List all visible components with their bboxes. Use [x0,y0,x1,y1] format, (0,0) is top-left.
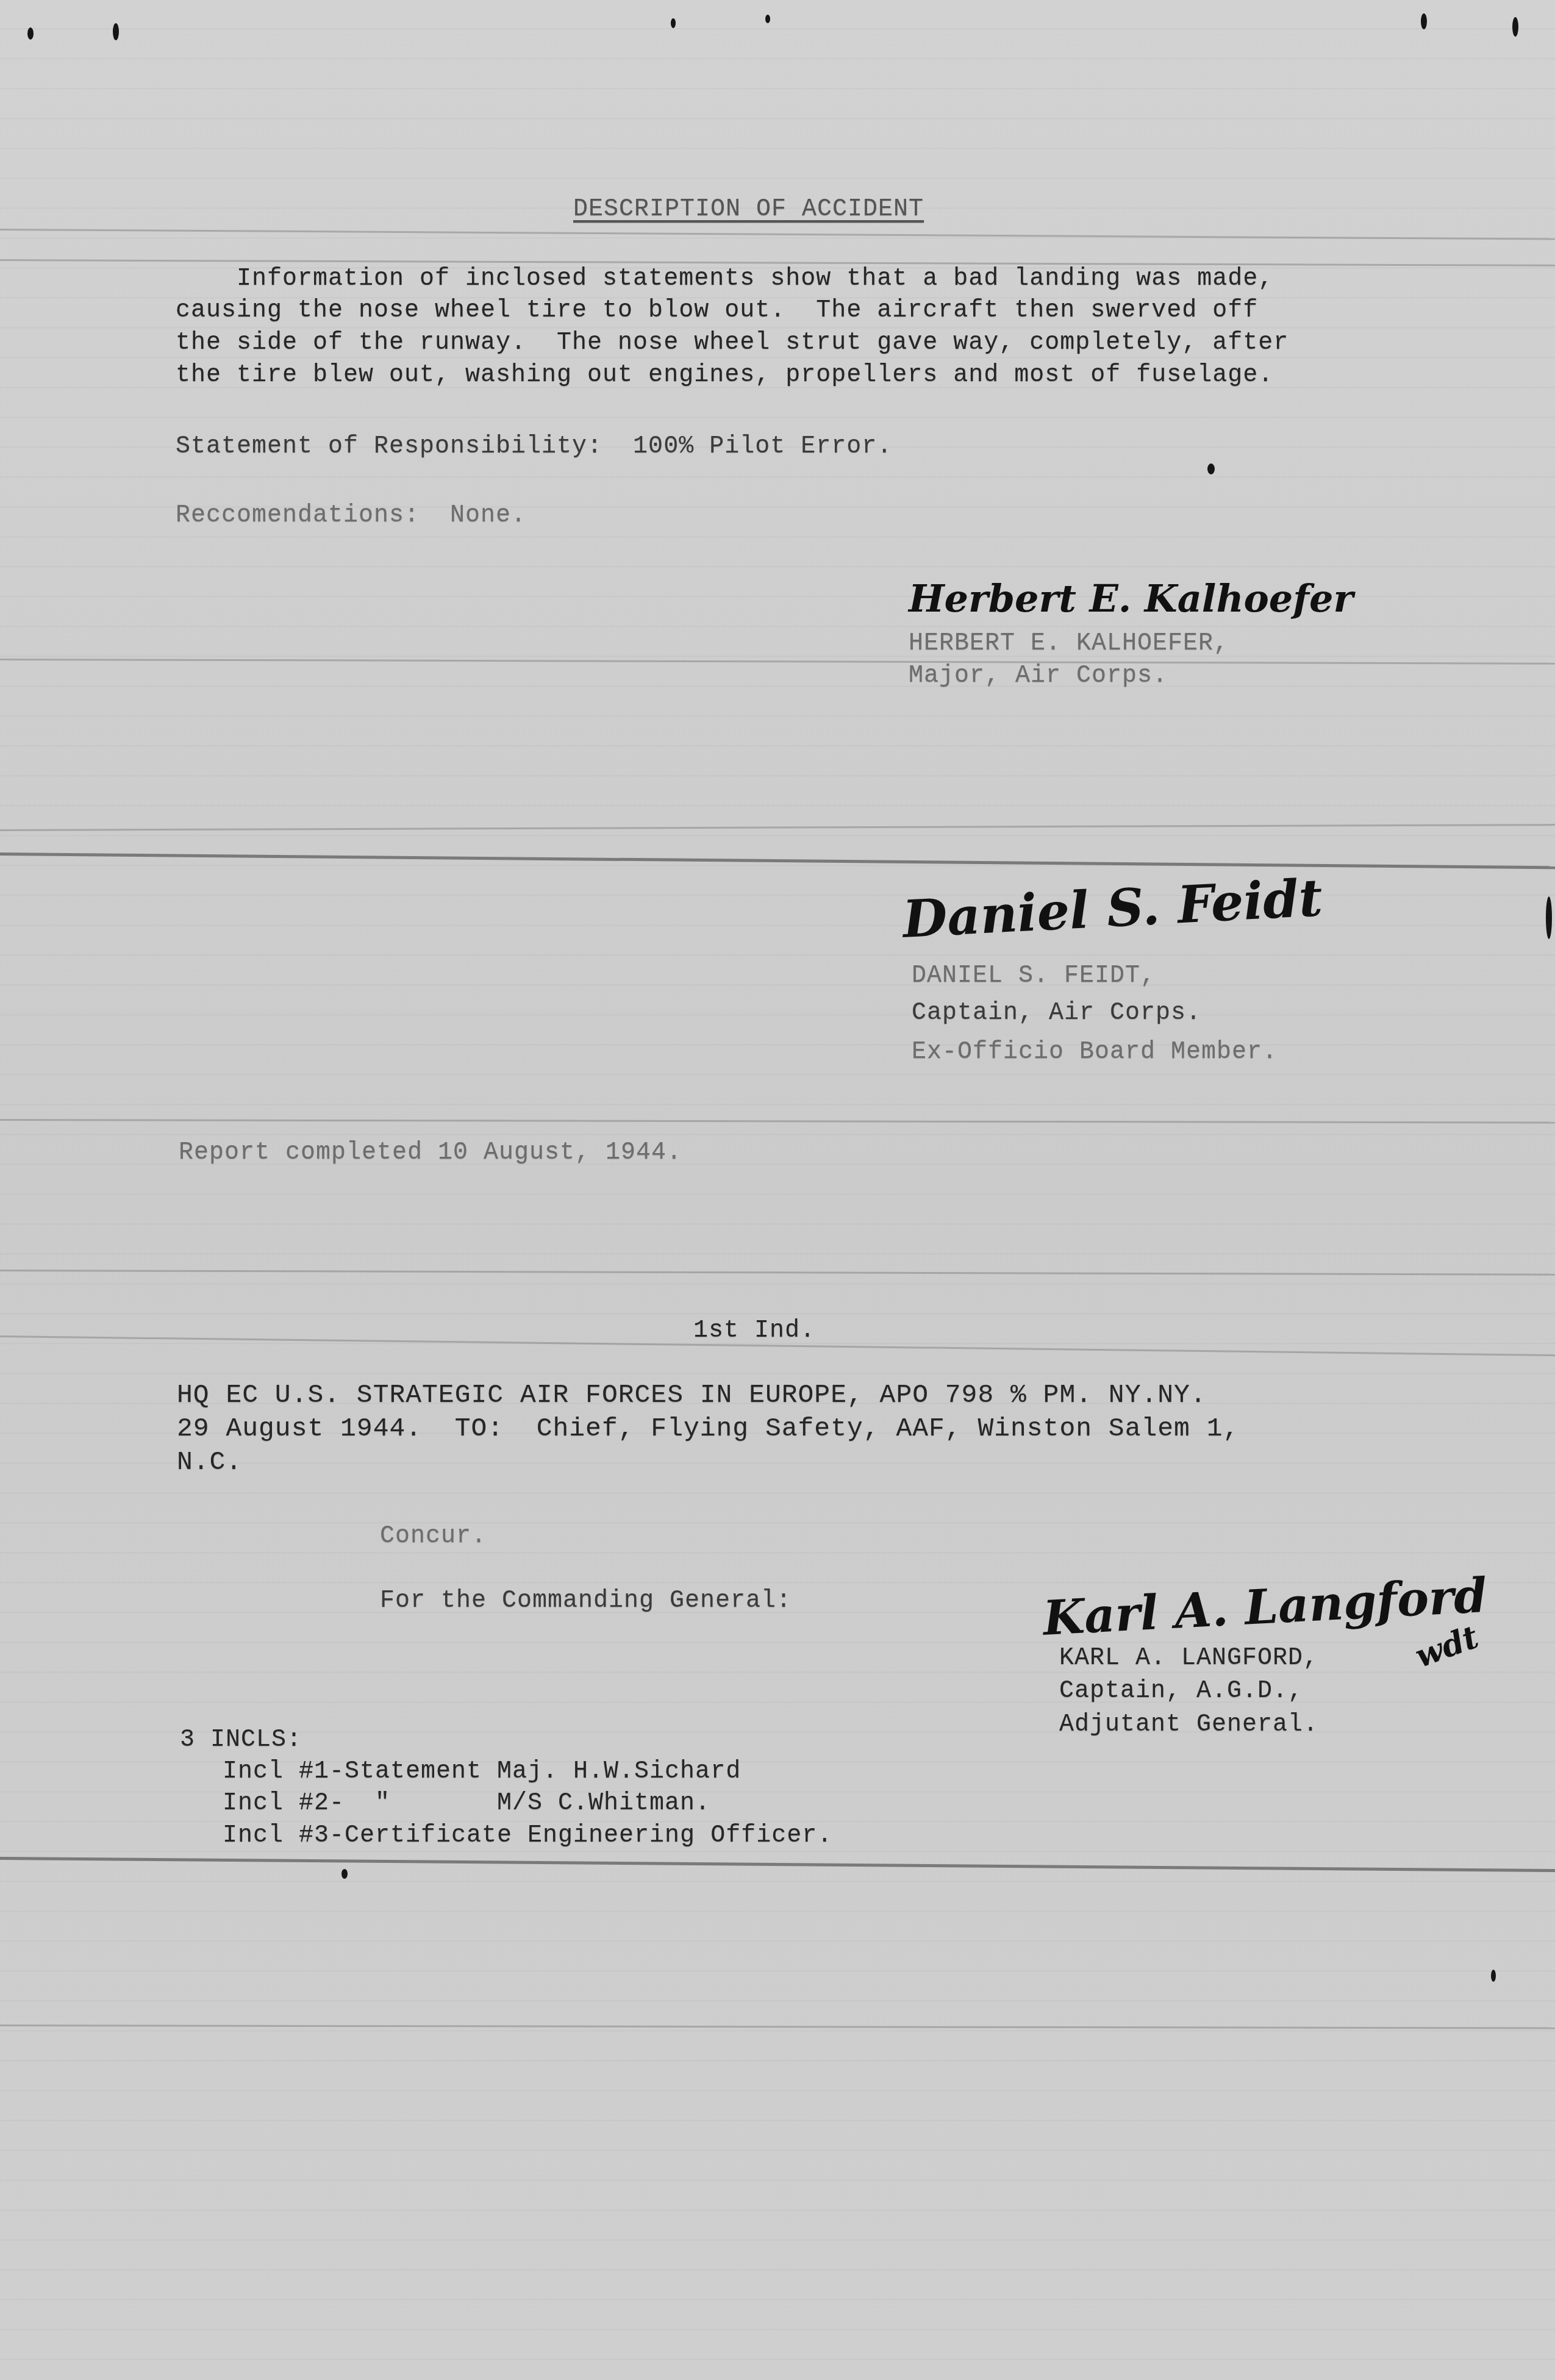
dust-speck [1546,896,1552,939]
scan-line [0,2024,1555,2029]
for-commanding-general: For the Commanding General: [380,1585,792,1617]
indorsement-line: N.C. [177,1446,242,1478]
concur-text: Concur. [380,1521,487,1553]
inclosure-item: Incl #1-Statement Maj. H.W.Sichard [223,1756,741,1788]
body-line: Information of inclosed statements show … [176,263,1273,295]
signatory-name: KARL A. LANGFORD, [1059,1643,1318,1674]
indorsement-line: HQ EC U.S. STRATEGIC AIR FORCES IN EUROP… [177,1379,1207,1411]
scan-line [0,1119,1555,1124]
signatory-rank: Captain, Air Corps. [912,998,1201,1029]
scan-line [0,1857,1555,1872]
body-line: causing the nose wheel tire to blow out.… [176,295,1258,327]
document-title: DESCRIPTION OF ACCIDENT [573,194,924,226]
scan-line [0,229,1555,240]
indorsement-heading: 1st Ind. [693,1315,815,1347]
signature-langford: Karl A. Langford [1042,1568,1489,1646]
dust-speck [671,18,676,28]
signature-feidt: Daniel S. Feidt [901,867,1324,949]
report-completed-date: Report completed 10 August, 1944. [179,1137,682,1169]
signatory-rank: Captain, A.G.D., [1059,1676,1303,1707]
statement-of-responsibility: Statement of Responsibility: 100% Pilot … [176,431,892,463]
dust-speck [1421,13,1427,29]
indorsement-line: 29 August 1944. TO: Chief, Flying Safety… [177,1413,1239,1445]
inclosure-item: Incl #2- " M/S C.Whitman. [223,1788,710,1820]
body-line: the side of the runway. The nose wheel s… [176,327,1289,359]
scan-line [0,824,1555,831]
dust-speck [27,27,34,40]
recommendations: Reccomendations: None. [176,500,526,532]
signatory-rank: Major, Air Corps. [909,660,1168,692]
dust-speck [765,15,770,23]
scan-line [0,852,1555,870]
signature-initials: wdt [1410,1618,1484,1675]
signatory-name: HERBERT E. KALHOEFER, [909,628,1229,660]
scan-line [0,1270,1555,1276]
dust-speck [1512,17,1518,37]
scan-line [0,659,1555,665]
dust-speck [1491,1970,1496,1982]
signatory-role: Ex-Officio Board Member. [912,1037,1278,1068]
signatory-name: DANIEL S. FEIDT, [912,960,1156,992]
signatory-role: Adjutant General. [1059,1709,1318,1741]
signature-kalhoefer: Herbert E. Kalhoefer [909,576,1353,621]
dust-speck [341,1869,348,1879]
inclosure-item: Incl #3-Certificate Engineering Officer. [223,1820,832,1852]
dust-speck [113,23,119,40]
body-line: the tire blew out, washing out engines, … [176,360,1273,391]
scanned-page: DESCRIPTION OF ACCIDENT Information of i… [0,0,1555,2380]
inclosures-heading: 3 INCLS: [180,1724,302,1756]
dust-speck [1207,463,1215,474]
